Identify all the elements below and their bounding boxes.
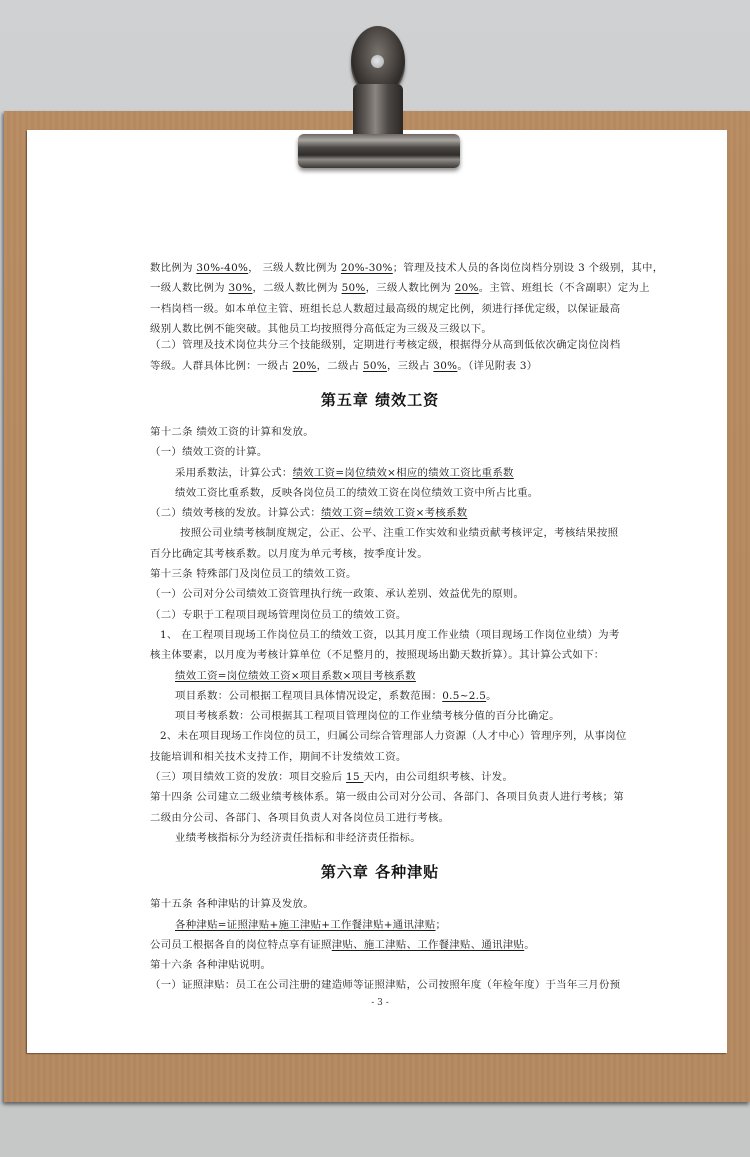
formula-line: 绩效工资=岗位绩效工资×项目系数×项目考核系数 bbox=[150, 666, 610, 686]
paragraph-line: （一）公司对分公司绩效工资管理执行统一政策、承认差别、效益优先的原则。 bbox=[150, 584, 610, 604]
paragraph-line: （三）项目绩效工资的发放：项目交验后 15 天内，由公司组织考核、计发。 bbox=[150, 767, 610, 787]
underlined-value: 30% bbox=[433, 360, 457, 372]
document-body: 数比例为 30%-40%， 三级人数比例为 20%-30%；管理及技术人员的各岗… bbox=[150, 258, 610, 1012]
text: ，三级占 bbox=[387, 360, 433, 372]
formula-line: 采用系数法，计算公式：绩效工资=岗位绩效×相应的绩效工资比重系数 bbox=[150, 463, 610, 483]
paragraph-line: 数比例为 30%-40%， 三级人数比例为 20%-30%；管理及技术人员的各岗… bbox=[150, 258, 610, 278]
clip-hole bbox=[371, 55, 384, 68]
underlined-value: 20%-30% bbox=[341, 262, 393, 274]
underlined-value: 30%-40% bbox=[196, 262, 248, 274]
formula: 绩效工资=绩效工资×考核系数 bbox=[321, 507, 467, 519]
article-heading: 第十三条 特殊部门及岗位员工的绩效工资。 bbox=[150, 564, 610, 584]
paragraph-line: 核主体要素，以月度为考核计算单位（不足整月的，按照现场出勤天数折算）。其计算公式… bbox=[150, 645, 610, 665]
formula-line: （二）绩效考核的发放。计算公式：绩效工资=绩效工资×考核系数 bbox=[150, 503, 610, 523]
text: ， 三级人数比例为 bbox=[248, 262, 341, 274]
underlined-value: 20% bbox=[455, 282, 479, 294]
paragraph-line: 百分比确定其考核系数。以月度为单元考核，按季度计发。 bbox=[150, 544, 610, 564]
text: 项目系数：公司根据工程项目具体情况设定，系数范围： bbox=[175, 690, 442, 702]
text: ，二级占 bbox=[317, 360, 363, 372]
text: ； bbox=[436, 919, 447, 931]
underlined-value: 30% bbox=[228, 282, 252, 294]
text: 。 bbox=[524, 939, 535, 951]
paragraph-line: 绩效工资比重系数，反映各岗位员工的绩效工资在岗位绩效工资中所占比重。 bbox=[150, 483, 610, 503]
text: （二）绩效考核的发放。计算公式： bbox=[150, 507, 321, 519]
section-heading: （二）专职于工程项目现场管理岗位员工的绩效工资。 bbox=[150, 605, 610, 625]
clip-jaw bbox=[298, 134, 460, 168]
underlined-value: 0.5~2.5 bbox=[442, 690, 486, 702]
formula: 各种津贴=证照津贴+施工津贴+工作餐津贴+通讯津贴 bbox=[175, 919, 436, 931]
underlined-value: 50% bbox=[342, 282, 366, 294]
text: ；管理及技术人员的各岗位岗档分别设 3 个级别，其中， bbox=[393, 262, 664, 274]
paragraph-line: （一）证照津贴：员工在公司注册的建造师等证照津贴，公司按照年度（年检年度）于当年… bbox=[150, 975, 610, 995]
text: 天内，由公司组织考核、计发。 bbox=[363, 771, 513, 783]
text: 。主管、班组长（不含副职）定为上 bbox=[479, 282, 650, 294]
paragraph-line: 项目考核系数：公司根据其工程项目管理岗位的工作业绩考核分值的百分比确定。 bbox=[150, 706, 610, 726]
underlined-value: 50% bbox=[363, 360, 387, 372]
article-heading: 第十六条 各种津贴说明。 bbox=[150, 955, 610, 975]
chapter-title: 第六章 各种津贴 bbox=[150, 854, 610, 890]
paragraph-line: 级别人数比例不能突破。其他员工均按照得分高低定为三级及三级以下。 bbox=[150, 319, 610, 336]
article-heading: 第十四条 公司建立二级业绩考核体系。第一级由公司对分公司、各部门、各项目负责人进… bbox=[150, 787, 610, 807]
section-heading: （一）绩效工资的计算。 bbox=[150, 442, 610, 462]
text: ，三级人数比例为 bbox=[366, 282, 455, 294]
formula: 绩效工资=岗位绩效工资×项目系数×项目考核系数 bbox=[175, 670, 416, 682]
text: 数比例为 bbox=[150, 262, 196, 274]
paragraph-line: 一档岗档一级。如本单位主管、班组长总人数超过最高级的规定比例，须进行择优定级，以… bbox=[150, 299, 610, 319]
formula: 绩效工资=岗位绩效×相应的绩效工资比重系数 bbox=[293, 467, 514, 479]
underlined-value: 15 bbox=[346, 771, 363, 783]
paragraph-line: 2、未在项目现场工作岗位的员工，归属公司综合管理部人力资源（人才中心）管理序列，… bbox=[150, 726, 610, 746]
paragraph-line: 等级。人群具体比例：一级占 20%，二级占 50%，三级占 30%。（详见附表 … bbox=[150, 356, 610, 376]
text: 。（详见附表 3） bbox=[457, 360, 537, 372]
formula-line: 各种津贴=证照津贴+施工津贴+工作餐津贴+通讯津贴； bbox=[150, 915, 610, 935]
chapter-title: 第五章 绩效工资 bbox=[150, 382, 610, 418]
paragraph-line: 二级由分公司、各部门、各项目负责人对各岗位员工进行考核。 bbox=[150, 808, 610, 828]
text: （三）项目绩效工资的发放：项目交验后 bbox=[150, 771, 346, 783]
paragraph-line: 公司员工根据各自的岗位特点享有证照津贴、施工津贴、工作餐津贴、通讯津贴。 bbox=[150, 935, 610, 955]
paragraph-line: 技能培训和相关技术支持工作，期间不计发绩效工资。 bbox=[150, 747, 610, 767]
text: 。 bbox=[486, 690, 497, 702]
text: 采用系数法，计算公式： bbox=[175, 467, 293, 479]
text: 公司员工根据各自的岗位特点享有证照 bbox=[150, 939, 332, 951]
underlined-value: 津贴、施工津贴、工作餐津贴、通讯津贴 bbox=[332, 939, 524, 951]
text: 等级。人群具体比例：一级占 bbox=[150, 360, 293, 372]
paragraph-line: 按照公司业绩考核制度规定，公正、公平、注重工作实效和业绩贡献考核评定，考核结果按… bbox=[150, 523, 610, 543]
paragraph-line: 项目系数：公司根据工程项目具体情况设定，系数范围：0.5~2.5。 bbox=[150, 686, 610, 706]
paragraph-line: 1、 在工程项目现场工作岗位员工的绩效工资，以其月度工作业绩（项目现场工作岗位业… bbox=[150, 625, 610, 645]
article-heading: 第十二条 绩效工资的计算和发放。 bbox=[150, 422, 610, 442]
underlined-value: 20% bbox=[293, 360, 317, 372]
page-number: - 3 - bbox=[150, 996, 610, 1012]
text: 一级人数比例为 bbox=[150, 282, 228, 294]
paragraph-line: 业绩考核指标分为经济责任指标和非经济责任指标。 bbox=[150, 828, 610, 848]
article-heading: 第十五条 各种津贴的计算及发放。 bbox=[150, 894, 610, 914]
binder-clip-icon bbox=[296, 24, 462, 170]
paragraph-line: 一级人数比例为 30%，二级人数比例为 50%，三级人数比例为 20%。主管、班… bbox=[150, 278, 610, 298]
paragraph-line: （二）管理及技术岗位共分三个技能级别，定期进行考核定级，根据得分从高到低依次确定… bbox=[150, 335, 610, 355]
text: ，二级人数比例为 bbox=[252, 282, 341, 294]
